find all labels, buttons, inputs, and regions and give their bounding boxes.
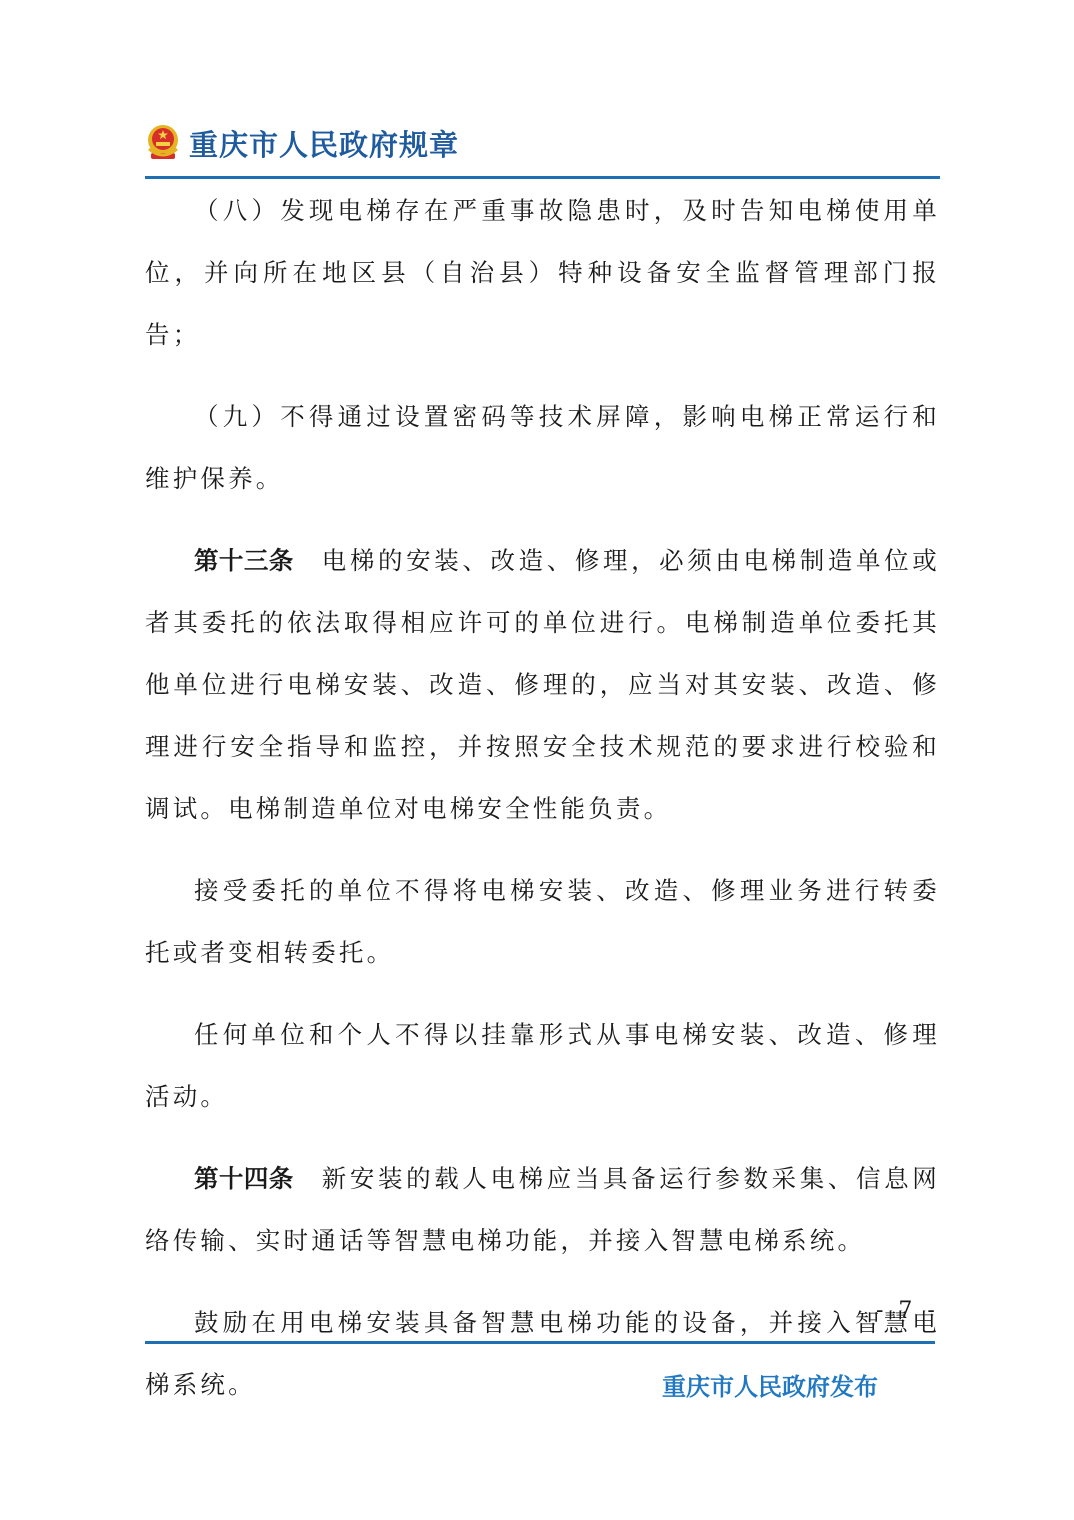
paragraph-text: 任何单位和个人不得以挂靠形式从事电梯安装、改造、修理活动。 [145, 1020, 940, 1111]
page-header: 重庆市人民政府规章 [145, 118, 459, 168]
national-emblem-icon [145, 123, 181, 163]
document-body: （八）发现电梯存在严重事故隐患时，及时告知电梯使用单位，并向所在地区县（自治县）… [145, 180, 940, 1436]
page-number: - 7 - [876, 1298, 939, 1323]
paragraph-text: （八）发现电梯存在严重事故隐患时，及时告知电梯使用单位，并向所在地区县（自治县）… [145, 196, 940, 349]
paragraph: 接受委托的单位不得将电梯安装、改造、修理业务进行转委托或者变相转委托。 [145, 860, 940, 984]
article-number: 第十三条 [194, 546, 294, 575]
paragraph-text: 接受委托的单位不得将电梯安装、改造、修理业务进行转委托或者变相转委托。 [145, 876, 940, 967]
paragraph: （九）不得通过设置密码等技术屏障，影响电梯正常运行和维护保养。 [145, 386, 940, 510]
paragraph-text: 电梯的安装、改造、修理，必须由电梯制造单位或者其委托的依法取得相应许可的单位进行… [145, 546, 940, 823]
paragraph-text: （九）不得通过设置密码等技术屏障，影响电梯正常运行和维护保养。 [145, 402, 940, 493]
article-paragraph: 第十三条电梯的安装、改造、修理，必须由电梯制造单位或者其委托的依法取得相应许可的… [145, 530, 940, 840]
publisher-label: 重庆市人民政府发布 [662, 1367, 878, 1402]
header-divider [145, 176, 940, 179]
header-title: 重庆市人民政府规章 [189, 123, 459, 164]
paragraph: （八）发现电梯存在严重事故隐患时，及时告知电梯使用单位，并向所在地区县（自治县）… [145, 180, 940, 366]
paragraph: 任何单位和个人不得以挂靠形式从事电梯安装、改造、修理活动。 [145, 1004, 940, 1128]
article-number: 第十四条 [194, 1164, 294, 1193]
footer-divider [145, 1341, 935, 1344]
article-paragraph: 第十四条新安装的载人电梯应当具备运行参数采集、信息网络传输、实时通话等智慧电梯功… [145, 1148, 940, 1272]
